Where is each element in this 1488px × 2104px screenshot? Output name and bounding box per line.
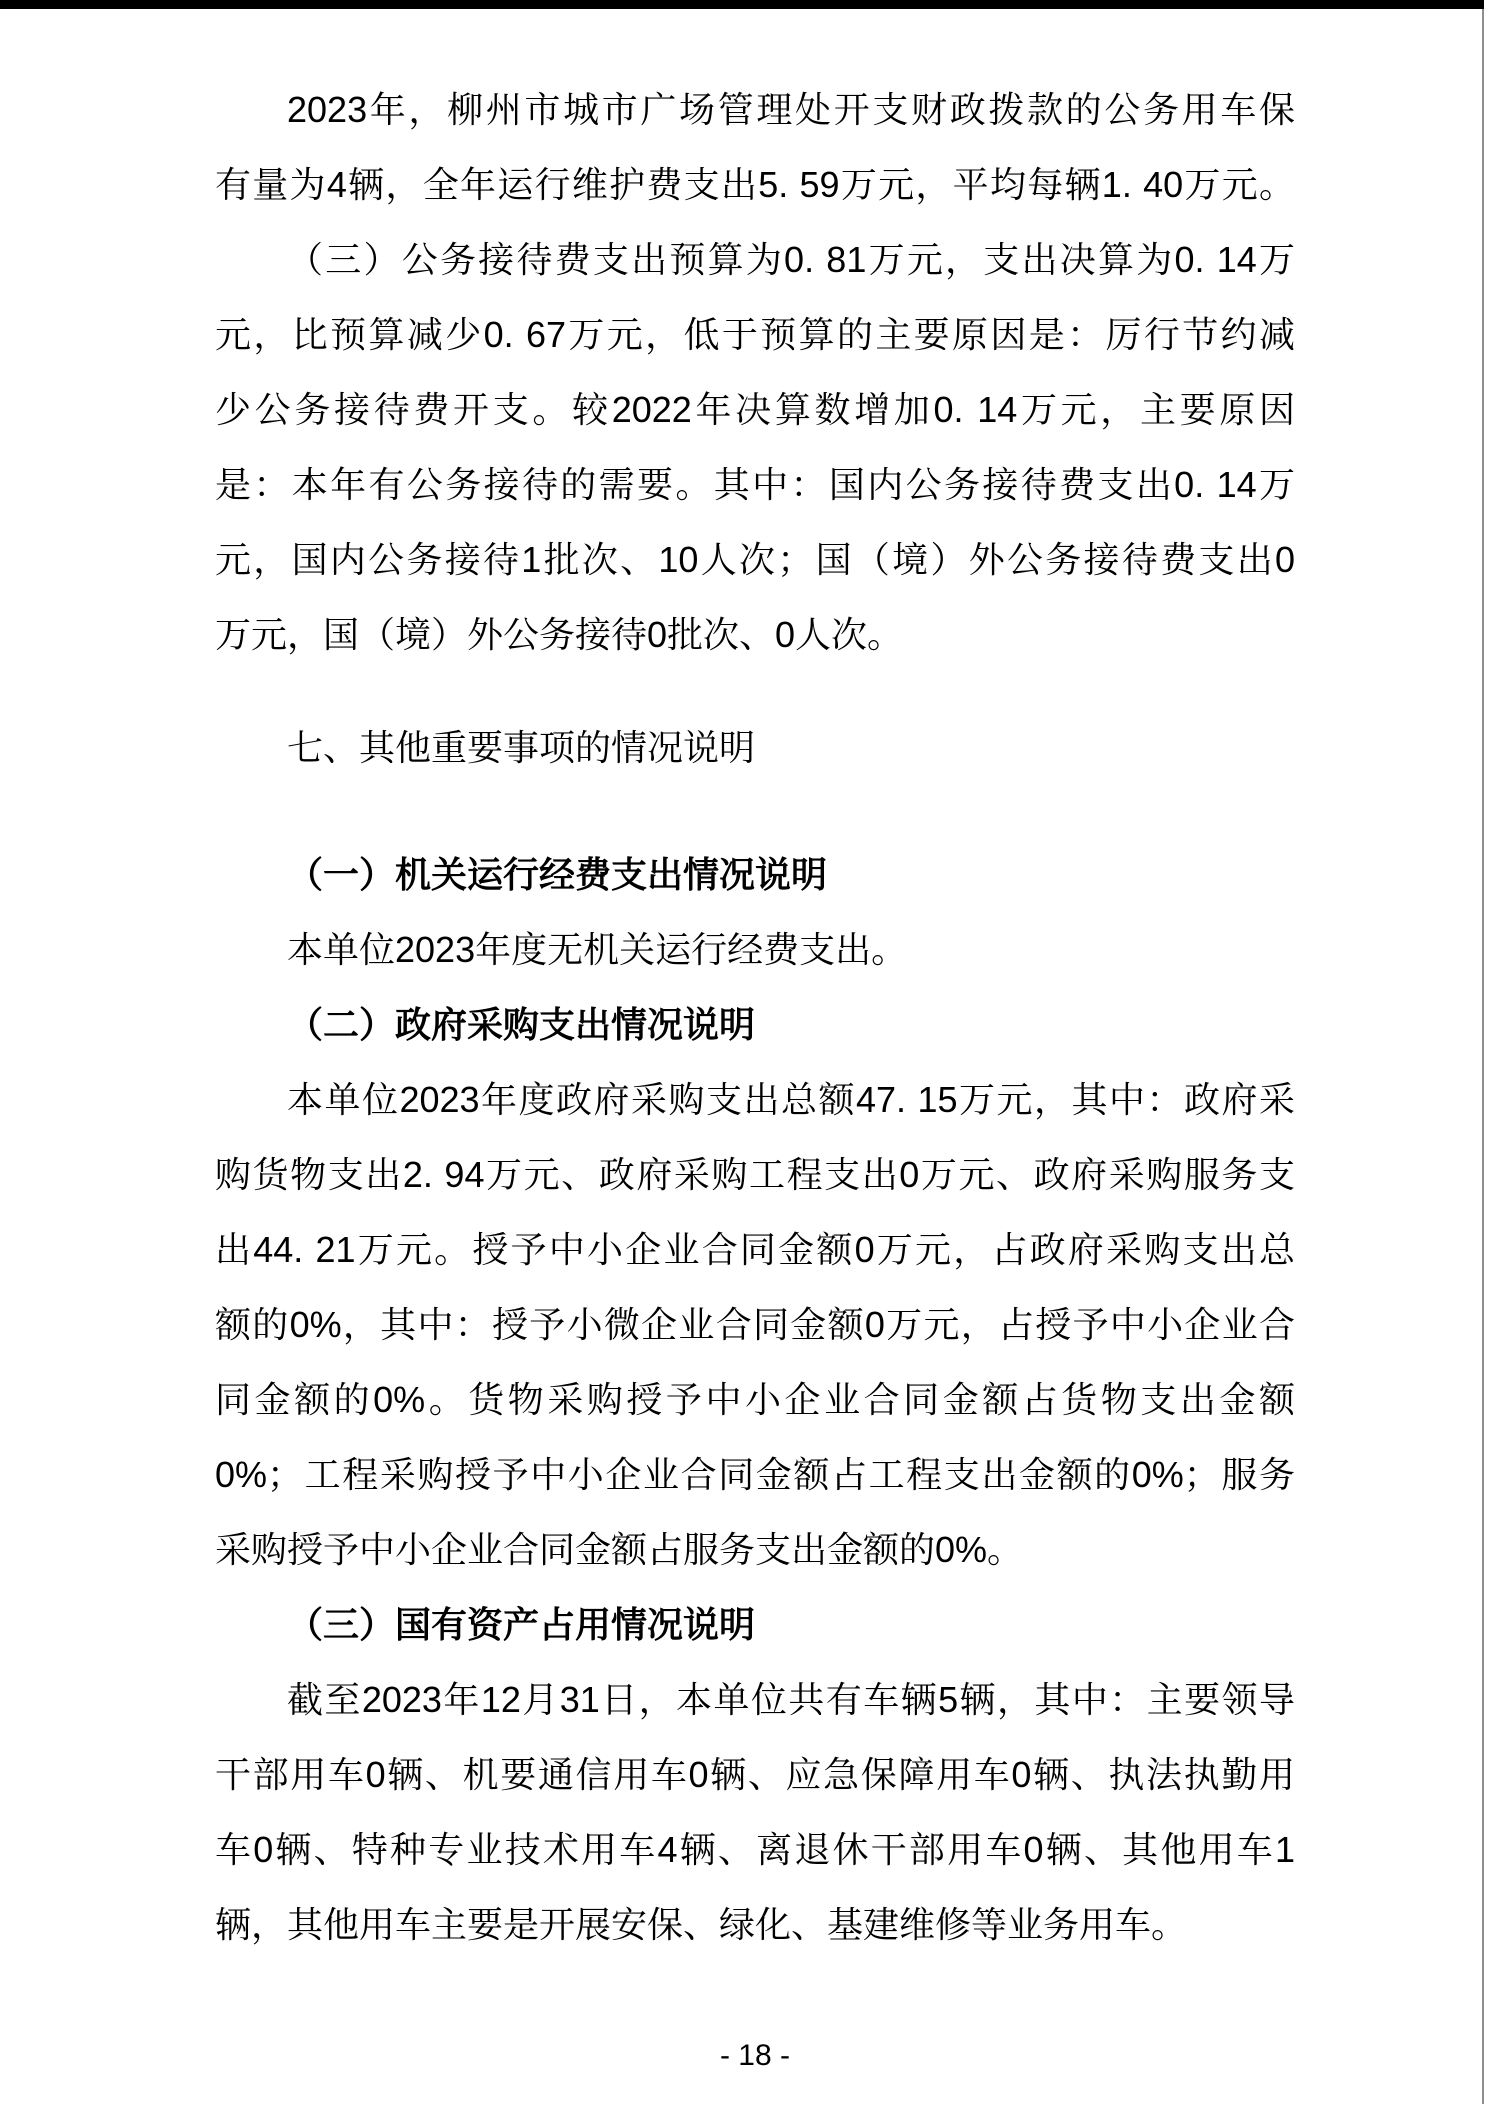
- section-heading: 七、其他重要事项的情况说明: [215, 710, 1295, 785]
- document-line: 干部用车0辆、机要通信用车0辆、应急保障用车0辆、执法执勤用: [215, 1737, 1295, 1812]
- document-line: 出44. 21万元。授予中小企业合同金额0万元，占政府采购支出总: [215, 1212, 1295, 1287]
- subsection-heading: （三）国有资产占用情况说明: [215, 1587, 1295, 1662]
- document-line: 购货物支出2. 94万元、政府采购工程支出0万元、政府采购服务支: [215, 1137, 1295, 1212]
- document-line: 元，比预算减少0. 67万元，低于预算的主要原因是：厉行节约减: [215, 297, 1295, 372]
- document-line: 是：本年有公务接待的需要。其中：国内公务接待费支出0. 14万: [215, 447, 1295, 522]
- document-line: 少公务接待费开支。较2022年决算数增加0. 14万元，主要原因: [215, 372, 1295, 447]
- document-line: 辆，其他用车主要是开展安保、绿化、基建维修等业务用车。: [215, 1887, 1295, 1962]
- document-line: 额的0%，其中：授予小微企业合同金额0万元，占授予中小企业合: [215, 1287, 1295, 1362]
- document-line: 2023年，柳州市城市广场管理处开支财政拨款的公务用车保: [215, 72, 1295, 147]
- document-line: 万元，国（境）外公务接待0批次、0人次。: [215, 597, 1295, 672]
- page-number: - 18 -: [215, 2036, 1295, 2076]
- document-line: 车0辆、特种专业技术用车4辆、离退休干部用车0辆、其他用车1: [215, 1812, 1295, 1887]
- subsection-heading: （二）政府采购支出情况说明: [215, 987, 1295, 1062]
- document-line: 采购授予中小企业合同金额占服务支出金额的0%。: [215, 1512, 1295, 1587]
- document-line: 0%；工程采购授予中小企业合同金额占工程支出金额的0%；服务: [215, 1437, 1295, 1512]
- page-edge-line: [1482, 9, 1484, 2104]
- document-body: 2023年，柳州市城市广场管理处开支财政拨款的公务用车保有量为4辆，全年运行维护…: [215, 72, 1295, 1962]
- document-line: 本单位2023年度无机关运行经费支出。: [215, 912, 1295, 987]
- subsection-heading: （一）机关运行经费支出情况说明: [215, 837, 1295, 912]
- document-line: 截至2023年12月31日，本单位共有车辆5辆，其中：主要领导: [215, 1662, 1295, 1737]
- document-line: 元，国内公务接待1批次、10人次；国（境）外公务接待费支出0: [215, 522, 1295, 597]
- document-line: （三）公务接待费支出预算为0. 81万元，支出决算为0. 14万: [215, 222, 1295, 297]
- document-page: 2023年，柳州市城市广场管理处开支财政拨款的公务用车保有量为4辆，全年运行维护…: [215, 0, 1295, 2076]
- document-line: 有量为4辆，全年运行维护费支出5. 59万元，平均每辆1. 40万元。: [215, 147, 1295, 222]
- document-line: 同金额的0%。货物采购授予中小企业合同金额占货物支出金额: [215, 1362, 1295, 1437]
- document-line: 本单位2023年度政府采购支出总额47. 15万元，其中：政府采: [215, 1062, 1295, 1137]
